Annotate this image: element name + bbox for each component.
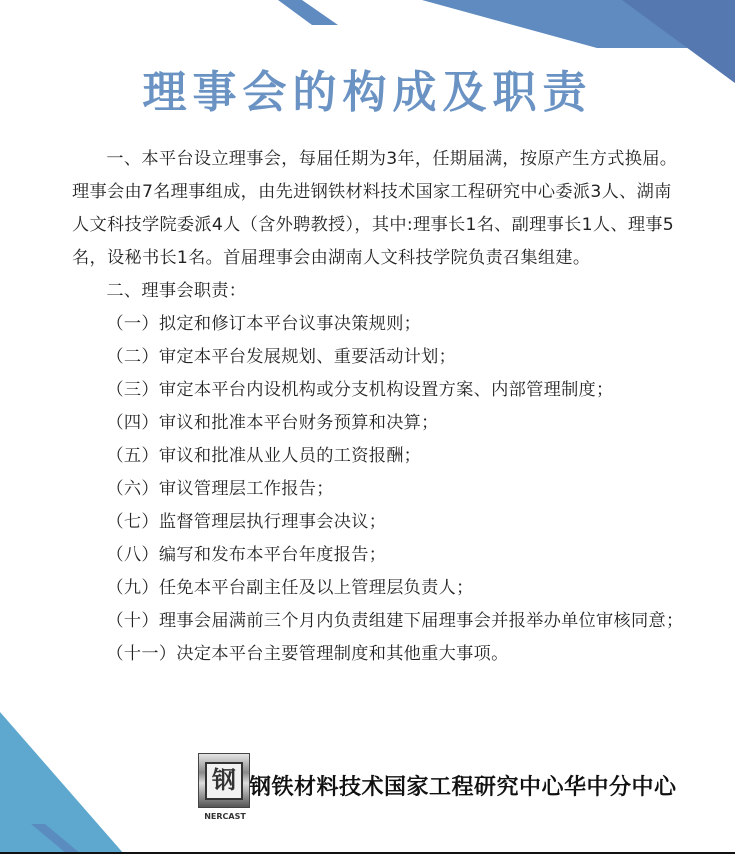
duty-item-2: （二）审定本平台发展规划、重要活动计划； xyxy=(72,341,684,374)
top-blue-band xyxy=(422,0,735,48)
organization-name: 先进钢铁材料技术国家工程研究中心华中分中心 xyxy=(204,770,677,801)
section-composition: 一、本平台设立理事会，每届任期为3年，任期届满，按原产生方式换届。理事会由7名理… xyxy=(72,143,684,275)
duty-item-3: （三）审定本平台内设机构或分支机构设置方案、内部管理制度； xyxy=(72,374,684,407)
top-thin-stripe xyxy=(278,0,338,25)
organization-footer: 钢 NERCAST 先进钢铁材料技术国家工程研究中心华中分中心 xyxy=(196,752,676,822)
duty-item-10: （十）理事会届满前三个月内负责组建下届理事会并报举办单位审核同意； xyxy=(72,605,684,638)
duty-item-9: （九）任免本平台副主任及以上管理层负责人； xyxy=(72,572,684,605)
steel-logo-icon: 钢 xyxy=(198,753,250,808)
logo-glyph: 钢 xyxy=(205,762,243,800)
bottom-left-stripe xyxy=(31,824,81,854)
bottom-left-blue-triangle xyxy=(0,712,124,854)
duty-item-5: （五）审议和批准从业人员的工资报酬； xyxy=(72,440,684,473)
duty-item-4: （四）审议和批准本平台财务预算和决算； xyxy=(72,407,684,440)
duty-item-11: （十一）决定本平台主要管理制度和其他重大事项。 xyxy=(72,638,684,671)
duty-item-6: （六）审议管理层工作报告； xyxy=(72,473,684,506)
document-body: 一、本平台设立理事会，每届任期为3年，任期届满，按原产生方式换届。理事会由7名理… xyxy=(72,143,684,671)
page-title: 理事会的构成及职责 xyxy=(0,56,735,120)
logo-caption: NERCAST xyxy=(196,812,254,821)
duty-item-8: （八）编写和发布本平台年度报告； xyxy=(72,539,684,572)
section-duties-heading: 二、理事会职责： xyxy=(72,275,684,308)
duty-item-7: （七）监督管理层执行理事会决议； xyxy=(72,506,684,539)
duty-item-1: （一）拟定和修订本平台议事决策规则； xyxy=(72,308,684,341)
